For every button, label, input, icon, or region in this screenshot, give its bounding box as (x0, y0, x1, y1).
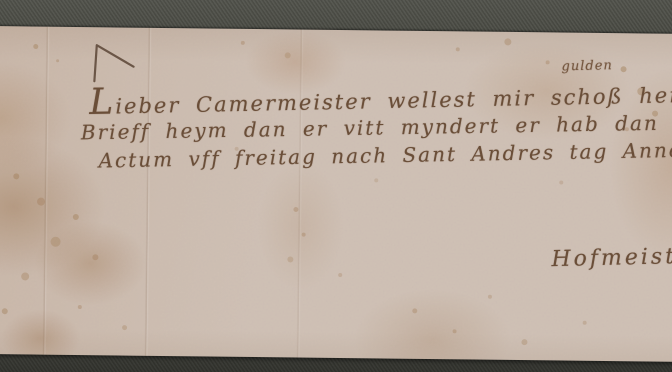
fold-crease (144, 28, 152, 356)
interlinear-insertion: gulden (561, 58, 613, 74)
signature-hofmeister: Hofmeister (551, 243, 672, 272)
photo-scene: Lieber Camermeister wellest mir schoß he… (0, 0, 672, 372)
parchment-document: Lieber Camermeister wellest mir schoß he… (0, 26, 672, 362)
tick-mark (87, 39, 138, 85)
fold-crease (42, 27, 50, 355)
